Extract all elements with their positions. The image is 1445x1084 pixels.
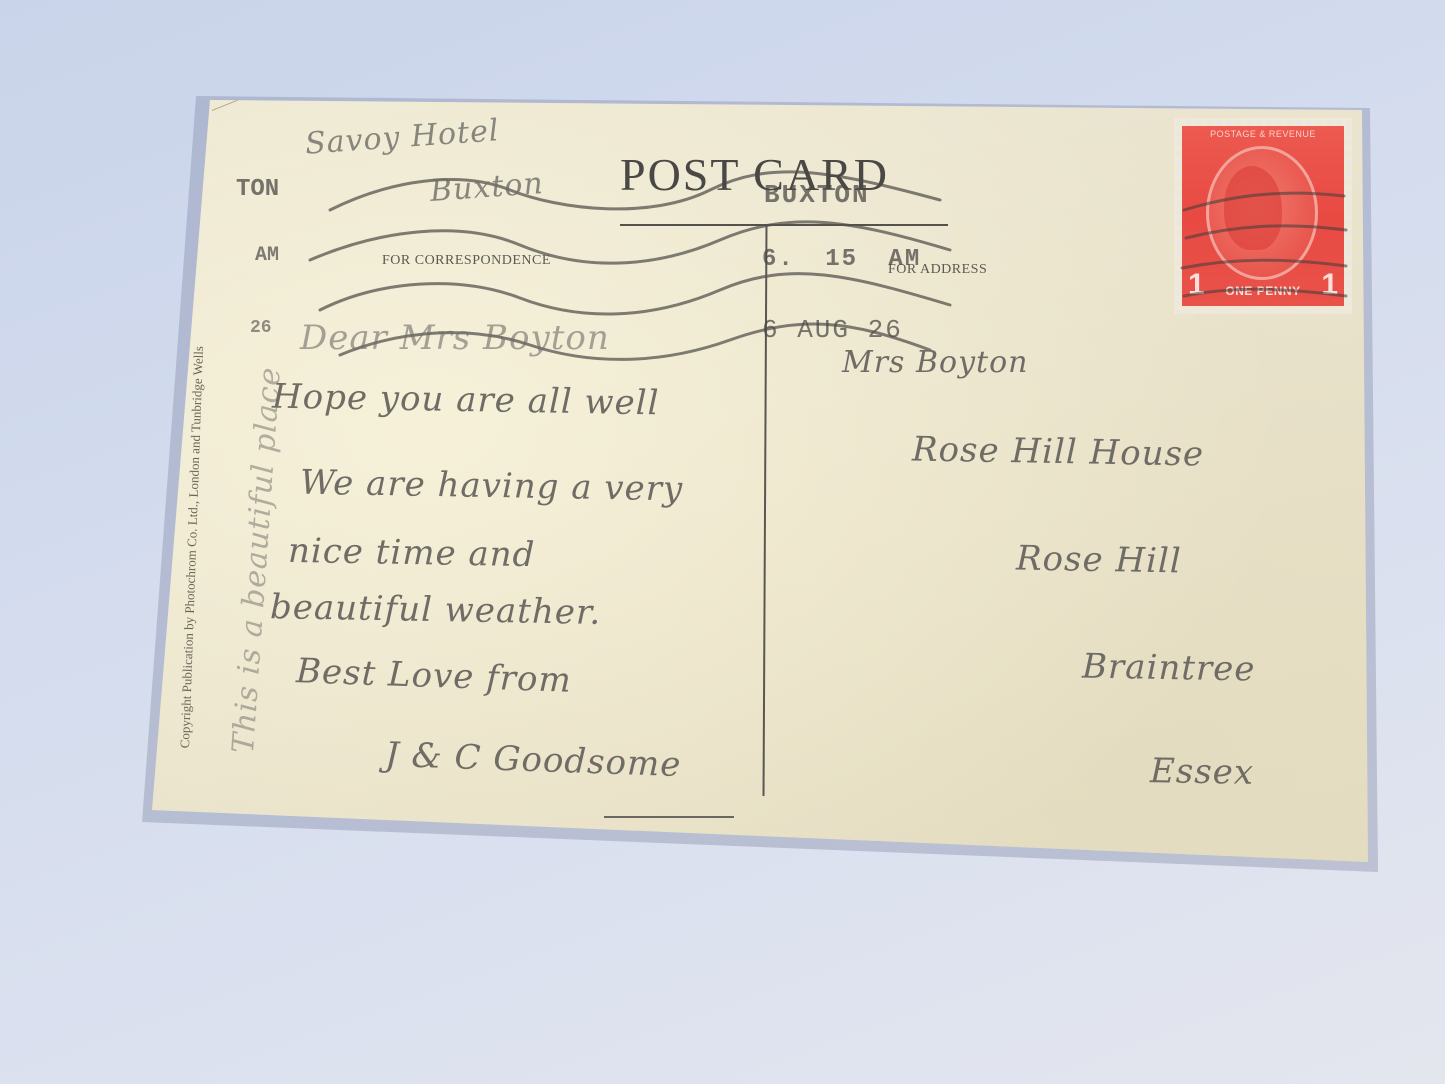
postmark-time: 6. 15 AM [762, 246, 921, 273]
postmark-date: 6 AUG 26 [762, 315, 903, 345]
message-line-3: nice time and [288, 531, 536, 575]
correspondence-label: FOR CORRESPONDENCE [382, 253, 551, 269]
postmark-left-time: AM [255, 244, 279, 267]
bottom-rule [604, 816, 734, 818]
postmark-left-date: 26 [250, 318, 272, 338]
address-line-2: Rose Hill House [912, 429, 1205, 474]
postcard: POST CARD FOR CORRESPONDENCE FOR ADDRESS… [0, 0, 1445, 1084]
title-rule [620, 224, 948, 226]
postage-stamp: POSTAGE & REVENUE 1 ONE PENNY 1 [1174, 118, 1352, 314]
corner-crease [212, 76, 296, 111]
message-line-2: We are having a very [300, 463, 684, 510]
message-line-1: Hope you are all well [272, 377, 660, 424]
address-line-5: Essex [1150, 751, 1255, 793]
message-line-4: beautiful weather. [270, 587, 602, 633]
salutation: Dear Mrs Boyton [300, 318, 610, 358]
stamp-cancellation-lines [1174, 118, 1352, 314]
margin-note: This is a beautiful place [226, 366, 288, 755]
address-line-4: Braintree [1082, 646, 1256, 689]
postmark-town: BUXTON [764, 180, 870, 210]
message-line-5: Best Love from [295, 651, 572, 701]
address-line-3: Rose Hill [1016, 539, 1182, 582]
signature: J & C Goodsome [384, 735, 682, 785]
address-line-1: Mrs Boyton [842, 345, 1028, 380]
postmark-left-town: TON [236, 176, 279, 203]
